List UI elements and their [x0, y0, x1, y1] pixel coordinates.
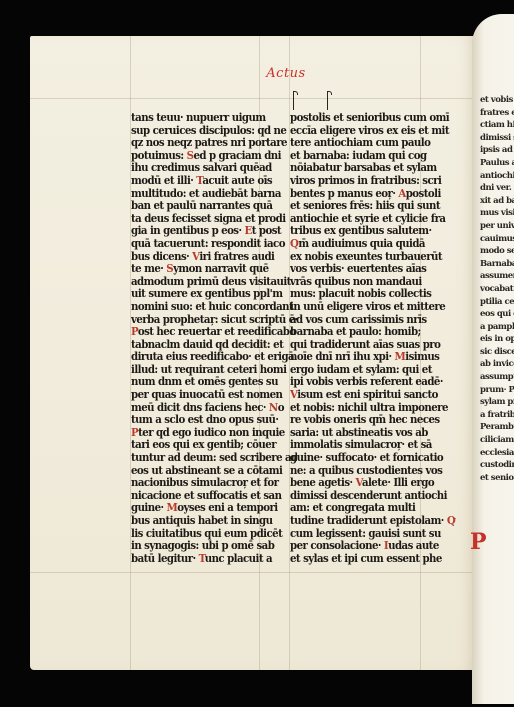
text-line: tum a sclo est dno opus suū·: [131, 414, 297, 428]
facing-text-line: ptilia cessit quasi: [480, 296, 514, 309]
facing-text-line: fratres et confirmaue: [480, 107, 514, 120]
text-line: bus antiquis habet in singu: [131, 514, 297, 528]
facing-text-line: dimissi sunt cu: [480, 132, 514, 145]
facing-text-line: sylam profectus est: [480, 396, 514, 409]
text-line: in unū eligere viros et mittere: [290, 300, 456, 314]
facing-text-line: assumere et iohan: [480, 270, 514, 283]
text-line: bene agetis· Valete· Illi ergo: [290, 477, 456, 491]
rubric-initial: Q: [290, 237, 298, 250]
running-head: Actus: [256, 66, 316, 81]
facing-text-line: ecclesias precipie: [480, 447, 514, 460]
text-line: modū et illi· Tacuit aute oīs: [131, 174, 297, 188]
facing-text-line: mus visitemus fr: [480, 207, 514, 220]
rubric-initial: M: [167, 502, 178, 515]
facing-text-line: sic discessio ut sep: [480, 346, 514, 359]
rubric-initial: T: [199, 552, 205, 565]
text-line: guine· suffocato· et fornicatio: [290, 452, 456, 466]
text-line: et seniores frēs: hiis qui sunt: [290, 200, 456, 214]
text-line: re vobis oneris qm̄ hec neces: [290, 414, 456, 428]
facing-text-line: Perambulabat aut: [480, 421, 514, 434]
text-line: ban et paulū narrantes quā: [131, 200, 297, 214]
text-line: noīe dnī nrī ihu xpi· Misimus: [290, 351, 456, 365]
ruling-line-horizontal: [30, 572, 478, 573]
text-line: tribus ex gentibus salutem·: [290, 225, 456, 239]
text-line: mus: placuit nobis collectis: [290, 288, 456, 302]
facing-text-line: Paulus aut et ba: [480, 157, 514, 170]
text-line: tans teuu· nupuerr uigum: [131, 111, 297, 125]
facing-text-line: antiochie docente: [480, 170, 514, 183]
text-line: Post hec reuertar et reedificabo: [131, 326, 297, 340]
text-line: nacionibus simulacroŗ et for: [131, 477, 297, 491]
facing-text-line: xit ad barnabam: [480, 195, 514, 208]
facing-text-line: cauimus verbum dni: [480, 233, 514, 246]
rubric-initial: T: [196, 174, 202, 187]
rubric-initial: V: [356, 477, 362, 490]
facing-text-line: prum· Paulus ue: [480, 384, 514, 397]
text-line: tari eos qui ex gentib; cōuer: [131, 439, 297, 453]
facing-text-line: modo se habeant: [480, 245, 514, 258]
text-column-right: postolis et senioribus cum omīeccīa elig…: [290, 112, 456, 565]
text-line: tuntur ad deum: sed scribere ad: [131, 452, 297, 466]
text-line: viros primos in fratribus: scri: [290, 174, 456, 188]
text-line: gia in gentibus p eos· Et post: [131, 225, 297, 239]
facing-text-line: eis in opus·: [480, 333, 514, 346]
ruling-line-horizontal: [30, 98, 478, 99]
text-line: nomini suo: et huic concordant: [131, 300, 297, 314]
text-line: per quas inuocatū est nomen: [131, 389, 297, 403]
text-line: nōiabatur barsabas et sylam: [290, 162, 456, 176]
facing-text-line: Barnabas autē uo: [480, 258, 514, 271]
rubricated-initial: P: [470, 530, 484, 554]
text-line: postolis et senioribus cum omī: [290, 111, 456, 125]
ascender-stroke: [293, 92, 294, 110]
facing-text-line: ciliciam confirmans: [480, 434, 514, 447]
facing-text-line: ab invicem: et bar: [480, 358, 514, 371]
rubric-initial: M: [395, 351, 406, 364]
text-line: tudine tradiderunt epistolam· Quā: [290, 514, 456, 528]
facing-text-line: per univfas ciuit: [480, 220, 514, 233]
rubric-initial: P: [131, 426, 138, 439]
manuscript-page-left: Actus tans teuu· nupuerr uigumsup ceruic…: [30, 36, 478, 670]
text-line: te me· Symon narravit quē: [131, 263, 297, 277]
text-line: uit sumere ex gentibus ppl'm: [131, 288, 297, 302]
facing-text-line: assumpto marco n: [480, 371, 514, 384]
facing-text-line: ipsis ad eos qui: [480, 144, 514, 157]
text-line: qz nos neqz patres nri portare: [131, 137, 297, 151]
facing-page-text: et vobis plurimfratres et confirmauectia…: [480, 94, 514, 484]
text-line: per consolacione· Iudas aute: [290, 540, 456, 554]
rubric-initial: A: [398, 187, 405, 200]
text-line: guine· Moyses eni a tempori: [131, 502, 297, 516]
facing-text-line: a fratribus gracie: [480, 409, 514, 422]
facing-text-line: eos qui discessisse: [480, 308, 514, 321]
facing-text-line: custodire precepta: [480, 459, 514, 472]
rubric-initial: S: [187, 149, 194, 162]
text-line: Qm̄ audiuimus quia quidā: [290, 237, 456, 251]
text-line: barnaba et paulo: homib;: [290, 326, 456, 340]
text-column-left: tans teuu· nupuerr uigumsup ceruices dis…: [131, 112, 297, 565]
facing-text-line: a pamphilia et no: [480, 321, 514, 334]
text-line: batū legitur· Tunc placuit a: [131, 552, 297, 566]
rubric-initial: I: [384, 540, 388, 553]
text-line: ihu credimus salvari quēad: [131, 162, 297, 176]
rubric-initial: V: [192, 250, 199, 263]
text-line: et sylas et ipi cum essent phe: [290, 552, 456, 566]
text-line: diruta eius reedificabo· et erigā: [131, 351, 297, 365]
facing-text-line: ctiam hic aliquan: [480, 119, 514, 132]
text-line: tere antiochiam cum paulo: [290, 137, 456, 151]
facing-text-line: vocabatur marcu: [480, 283, 514, 296]
rubric-initial: S: [166, 263, 173, 276]
facing-text-line: et seniorum·: [480, 472, 514, 485]
rubric-initial: V: [290, 389, 297, 402]
facing-page-edge: et vobis plurimfratres et confirmauectia…: [472, 14, 514, 704]
rubric-initial: P: [131, 326, 138, 339]
ascender-stroke: [327, 92, 328, 110]
text-line: quā tacuerunt: respondit iaco: [131, 237, 297, 251]
text-line: Visum est eni spiritui sancto: [290, 389, 456, 403]
text-line: vos verbis· euertentes aīas: [290, 263, 456, 277]
rubric-initial: Q: [447, 514, 455, 527]
text-line: in synagogis: ubi p omē sab: [131, 540, 297, 554]
rubric-initial: E: [245, 225, 252, 238]
text-line: immolatis simulacroŗ· et sā: [290, 439, 456, 453]
facing-text-line: et vobis plurim: [480, 94, 514, 107]
rubric-initial: N: [269, 401, 278, 414]
text-line: am: et congregata multi: [290, 502, 456, 516]
facing-text-line: dni ver. Post aut: [480, 182, 514, 195]
